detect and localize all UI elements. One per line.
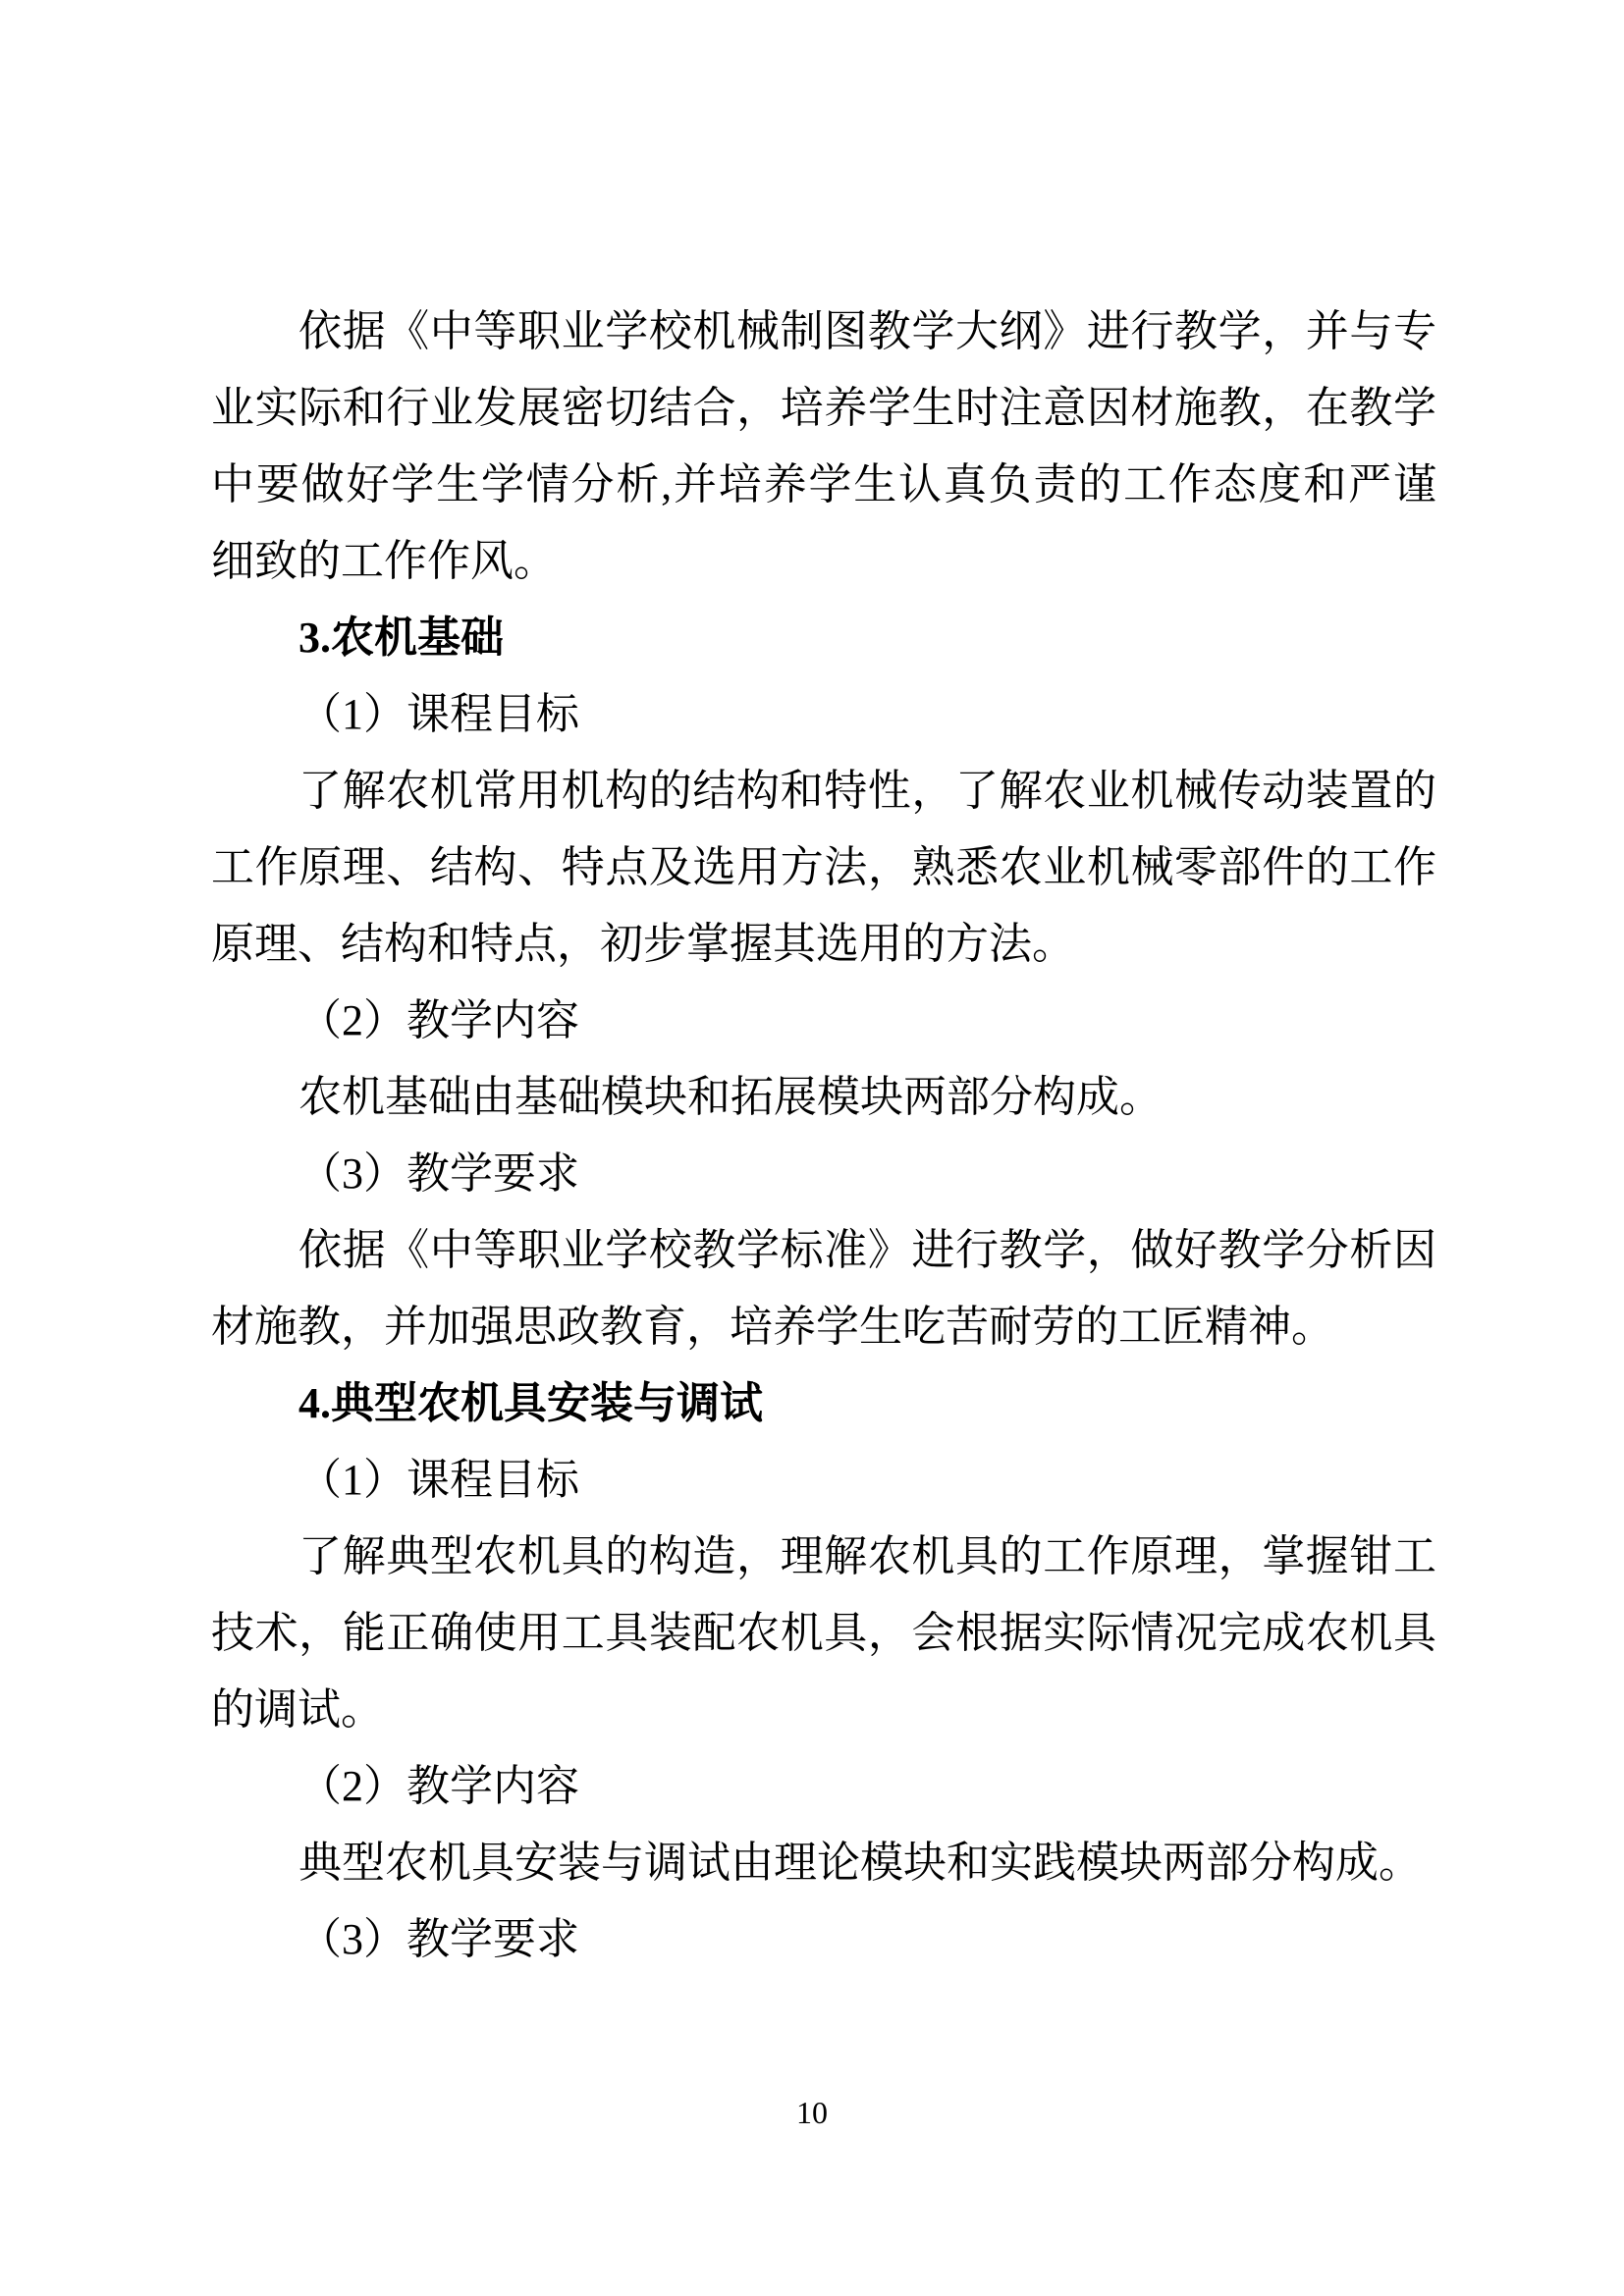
text-line: 依据《中等职业学校机械制图教学大纲》进行教学，并与专 <box>211 294 1436 370</box>
text-line: 3.农机基础 <box>211 600 1436 676</box>
paragraph: （2）教学内容 <box>211 983 1436 1059</box>
text-line: （1）课程目标 <box>211 676 1436 753</box>
paragraph: 典型农机具安装与调试由理论模块和实践模块两部分构成。 <box>211 1825 1436 1901</box>
text-line: （2）教学内容 <box>211 1748 1436 1825</box>
text-line: 工作原理、结构、特点及选用方法，熟悉农业机械零部件的工作 <box>211 829 1436 906</box>
text-line: 4.典型农机具安装与调试 <box>211 1365 1436 1442</box>
paragraph: （3）教学要求 <box>211 1901 1436 1978</box>
text-line: 了解农机常用机构的结构和特性，了解农业机械传动装置的 <box>211 753 1436 829</box>
text-line: 典型农机具安装与调试由理论模块和实践模块两部分构成。 <box>211 1825 1436 1901</box>
text-line: （3）教学要求 <box>211 1136 1436 1212</box>
text-line: （1）课程目标 <box>211 1442 1436 1519</box>
text-line: 细致的工作作风。 <box>211 523 1436 600</box>
text-line: 农机基础由基础模块和拓展模块两部分构成。 <box>211 1059 1436 1136</box>
section-heading: 3.农机基础 <box>211 600 1436 676</box>
paragraph: （3）教学要求 <box>211 1136 1436 1212</box>
text-line: 材施教，并加强思政教育，培养学生吃苦耐劳的工匠精神。 <box>211 1289 1436 1365</box>
paragraph: 依据《中等职业学校教学标准》进行教学，做好教学分析因材施教，并加强思政教育，培养… <box>211 1212 1436 1365</box>
paragraph: （1）课程目标 <box>211 1442 1436 1519</box>
text-line: 依据《中等职业学校教学标准》进行教学，做好教学分析因 <box>211 1212 1436 1289</box>
document-page: 依据《中等职业学校机械制图教学大纲》进行教学，并与专业实际和行业发展密切结合，培… <box>0 0 1624 2296</box>
paragraph: （2）教学内容 <box>211 1748 1436 1825</box>
text-line: 原理、结构和特点，初步掌握其选用的方法。 <box>211 906 1436 983</box>
paragraph: 了解典型农机具的构造，理解农机具的工作原理，掌握钳工技术，能正确使用工具装配农机… <box>211 1519 1436 1748</box>
document-body: 依据《中等职业学校机械制图教学大纲》进行教学，并与专业实际和行业发展密切结合，培… <box>211 294 1436 1978</box>
text-line: （2）教学内容 <box>211 983 1436 1059</box>
paragraph: 了解农机常用机构的结构和特性，了解农业机械传动装置的工作原理、结构、特点及选用方… <box>211 753 1436 983</box>
page-number: 10 <box>796 2095 828 2130</box>
paragraph: 依据《中等职业学校机械制图教学大纲》进行教学，并与专业实际和行业发展密切结合，培… <box>211 294 1436 600</box>
text-line: 业实际和行业发展密切结合，培养学生时注意因材施教，在教学 <box>211 370 1436 447</box>
text-line: 的调试。 <box>211 1672 1436 1748</box>
paragraph: （1）课程目标 <box>211 676 1436 753</box>
page-footer: 10 <box>0 2093 1624 2132</box>
text-line: 了解典型农机具的构造，理解农机具的工作原理，掌握钳工 <box>211 1519 1436 1595</box>
paragraph: 农机基础由基础模块和拓展模块两部分构成。 <box>211 1059 1436 1136</box>
section-heading: 4.典型农机具安装与调试 <box>211 1365 1436 1442</box>
text-line: 中要做好学生学情分析,并培养学生认真负责的工作态度和严谨 <box>211 447 1436 523</box>
text-line: （3）教学要求 <box>211 1901 1436 1978</box>
text-line: 技术，能正确使用工具装配农机具，会根据实际情况完成农机具 <box>211 1595 1436 1672</box>
